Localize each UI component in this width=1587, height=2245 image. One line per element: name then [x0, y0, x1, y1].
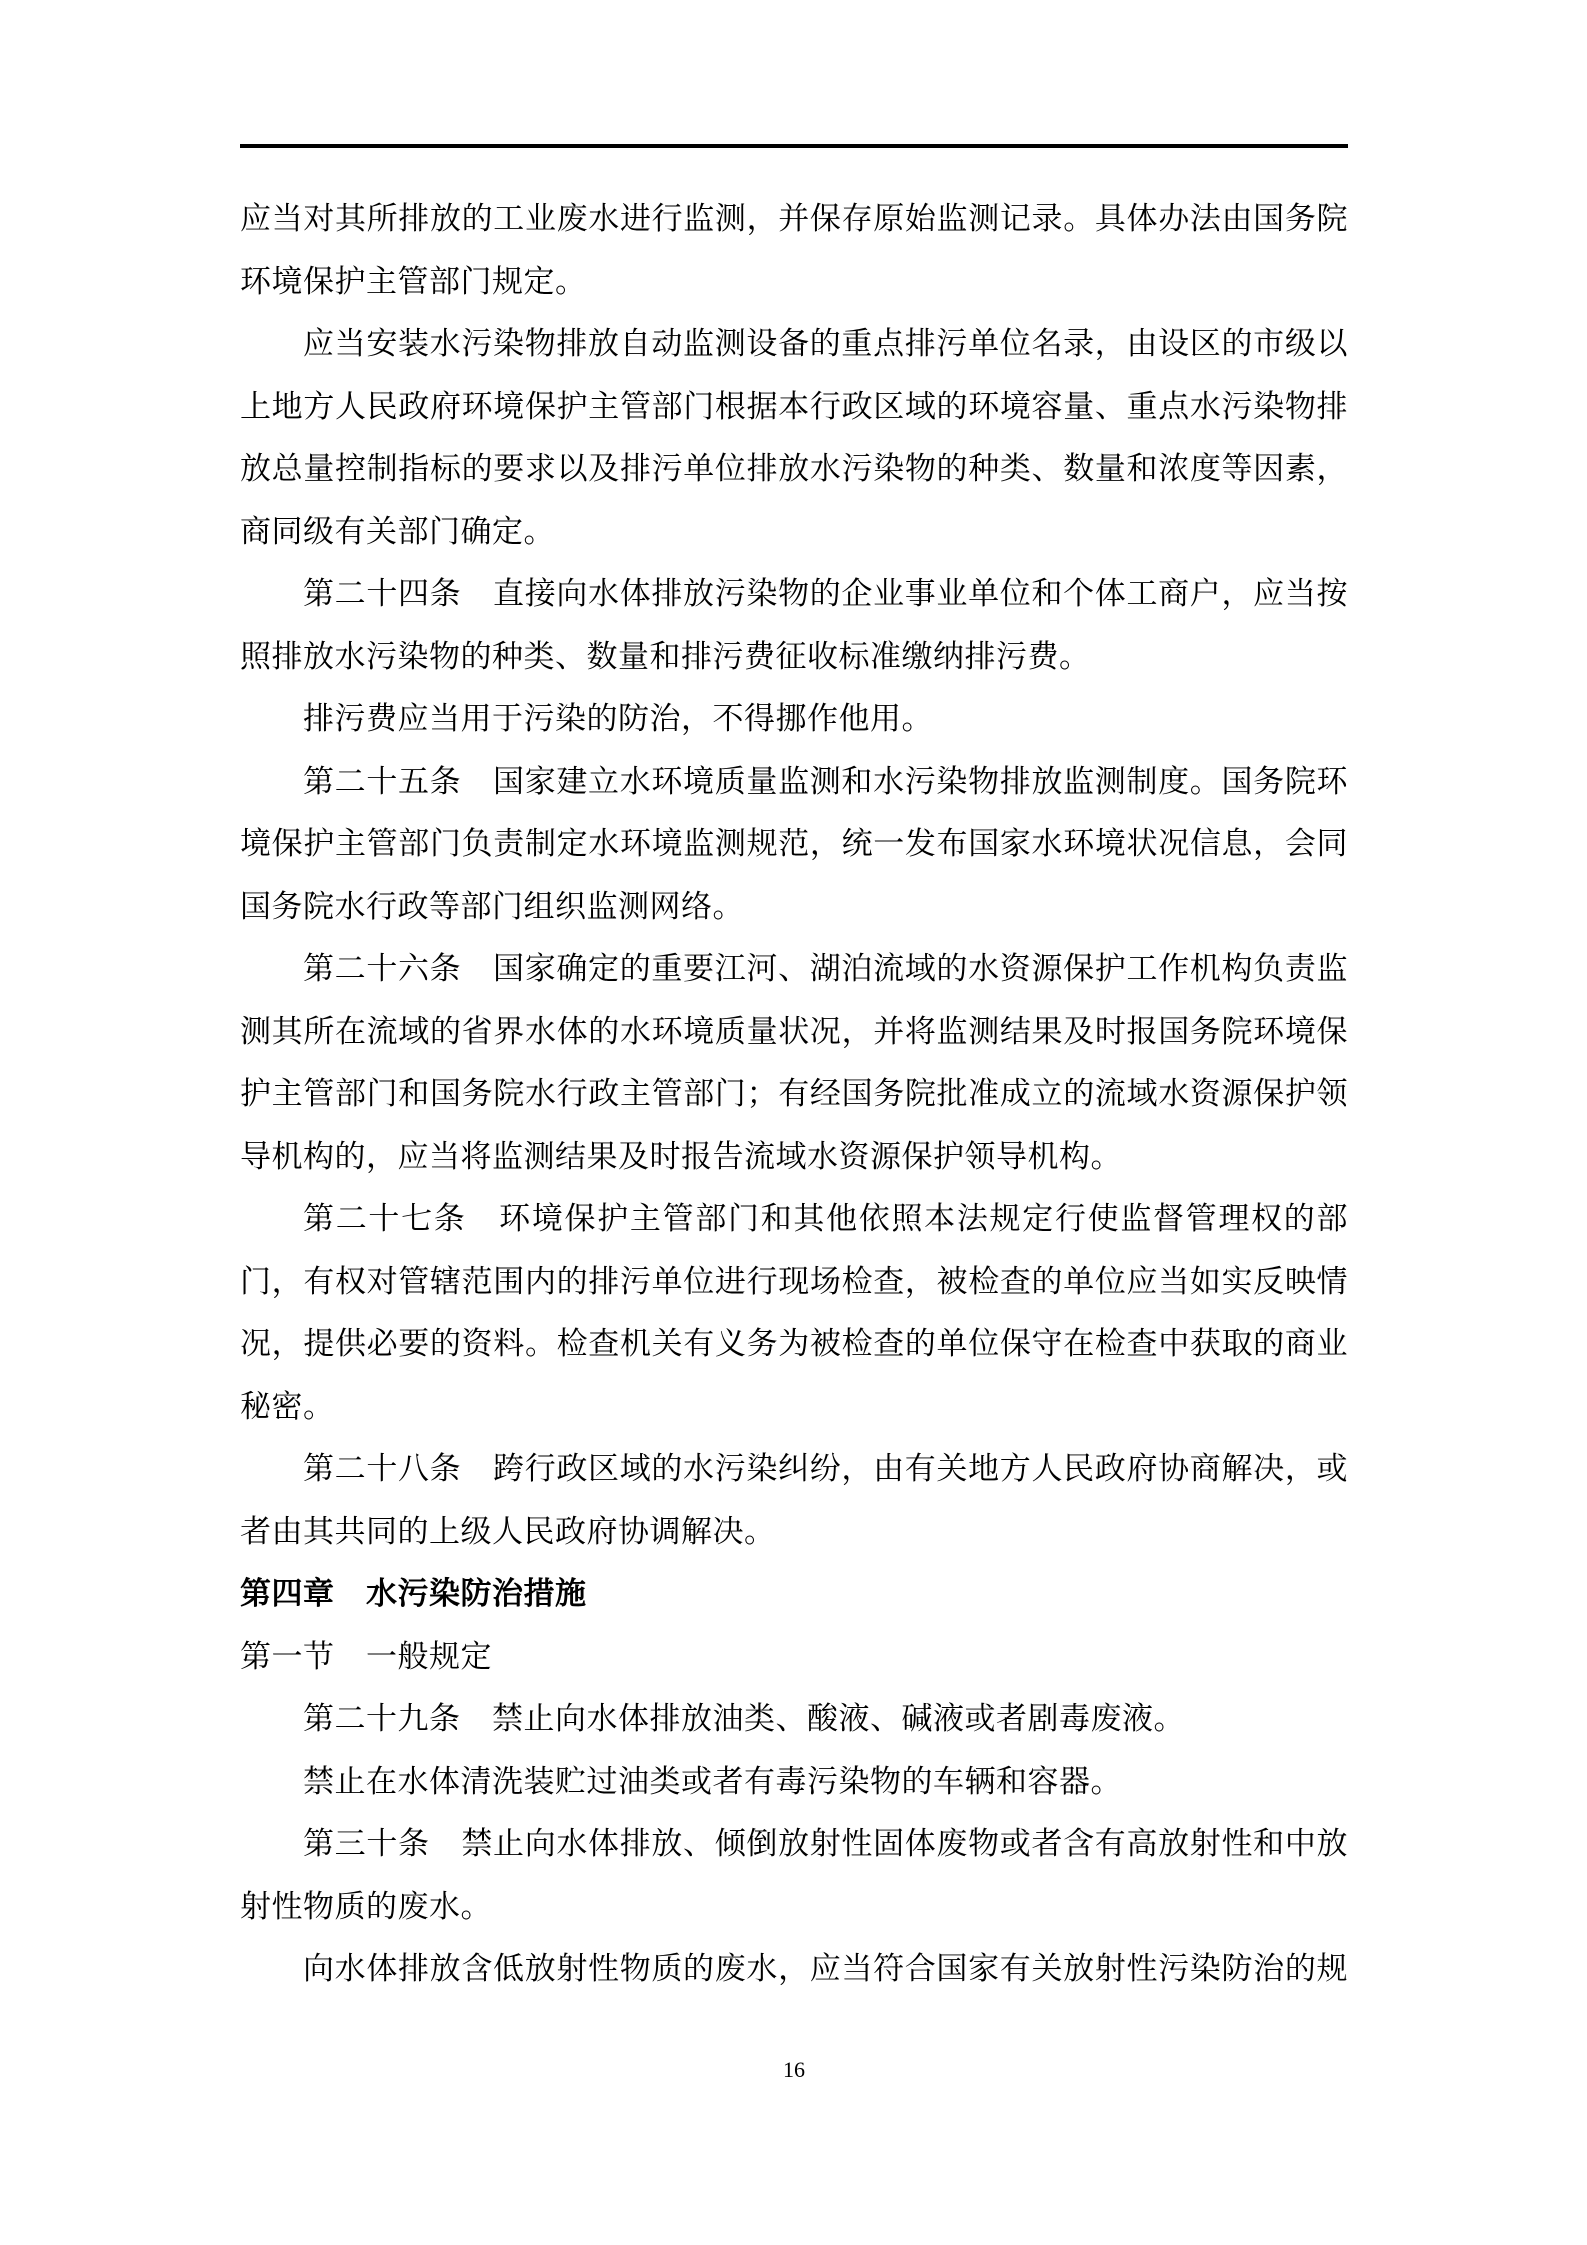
text-line: 测其所在流域的省界水体的水环境质量状况，并将监测结果及时报国务院环境保 — [240, 1001, 1348, 1064]
text-line: 上地方人民政府环境保护主管部门根据本行政区域的环境容量、重点水污染物排 — [240, 376, 1348, 439]
header-rule — [240, 144, 1348, 148]
text-line: 境保护主管部门负责制定水环境监测规范，统一发布国家水环境状况信息，会同 — [240, 813, 1348, 876]
text-line: 护主管部门和国务院水行政主管部门；有经国务院批准成立的流域水资源保护领 — [240, 1063, 1348, 1126]
text-line: 第二十九条 禁止向水体排放油类、酸液、碱液或者剧毒废液。 — [240, 1688, 1348, 1751]
chapter-heading-line: 第四章 水污染防治措施 — [240, 1563, 1348, 1626]
text-line: 者由其共同的上级人民政府协调解决。 — [240, 1501, 1348, 1564]
text-line: 第二十六条 国家确定的重要江河、湖泊流域的水资源保护工作机构负责监 — [240, 938, 1348, 1001]
text-line: 第二十五条 国家建立水环境质量监测和水污染物排放监测制度。国务院环 — [240, 751, 1348, 814]
text-line: 第三十条 禁止向水体排放、倾倒放射性固体废物或者含有高放射性和中放 — [240, 1813, 1348, 1876]
text-line: 向水体排放含低放射性物质的废水，应当符合国家有关放射性污染防治的规 — [240, 1938, 1348, 2001]
document-page: 应当对其所排放的工业废水进行监测，并保存原始监测记录。具体办法由国务院环境保护主… — [0, 0, 1587, 2245]
text-line: 排污费应当用于污染的防治，不得挪作他用。 — [240, 688, 1348, 751]
text-line: 第二十八条 跨行政区域的水污染纠纷，由有关地方人民政府协商解决，或 — [240, 1438, 1348, 1501]
page-number: 16 — [240, 2052, 1348, 2088]
document-body: 应当对其所排放的工业废水进行监测，并保存原始监测记录。具体办法由国务院环境保护主… — [240, 188, 1348, 2001]
text-line: 商同级有关部门确定。 — [240, 501, 1348, 564]
text-line: 应当对其所排放的工业废水进行监测，并保存原始监测记录。具体办法由国务院 — [240, 188, 1348, 251]
text-line: 禁止在水体清洗装贮过油类或者有毒污染物的车辆和容器。 — [240, 1751, 1348, 1814]
text-line: 第二十四条 直接向水体排放污染物的企业事业单位和个体工商户，应当按 — [240, 563, 1348, 626]
text-line: 照排放水污染物的种类、数量和排污费征收标准缴纳排污费。 — [240, 626, 1348, 689]
text-line: 环境保护主管部门规定。 — [240, 251, 1348, 314]
text-line: 放总量控制指标的要求以及排污单位排放水污染物的种类、数量和浓度等因素， — [240, 438, 1348, 501]
text-line: 国务院水行政等部门组织监测网络。 — [240, 876, 1348, 939]
text-line: 秘密。 — [240, 1376, 1348, 1439]
text-line: 门，有权对管辖范围内的排污单位进行现场检查，被检查的单位应当如实反映情 — [240, 1251, 1348, 1314]
text-line: 射性物质的废水。 — [240, 1876, 1348, 1939]
text-line: 导机构的，应当将监测结果及时报告流域水资源保护领导机构。 — [240, 1126, 1348, 1189]
text-line: 况，提供必要的资料。检查机关有义务为被检查的单位保守在检查中获取的商业 — [240, 1313, 1348, 1376]
text-line: 应当安装水污染物排放自动监测设备的重点排污单位名录，由设区的市级以 — [240, 313, 1348, 376]
text-line: 第一节 一般规定 — [240, 1626, 1348, 1689]
text-line: 第二十七条 环境保护主管部门和其他依照本法规定行使监督管理权的部 — [240, 1188, 1348, 1251]
